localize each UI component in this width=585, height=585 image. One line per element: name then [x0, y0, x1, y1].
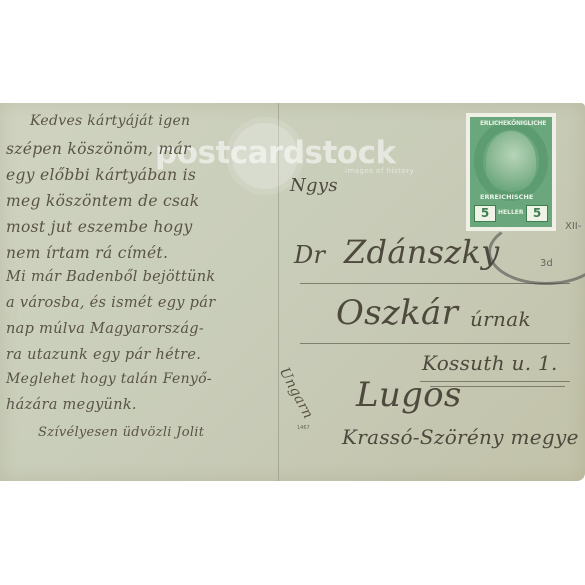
postcard: postcardstock images of history Kedves k…	[0, 103, 585, 481]
message-line: házára megyünk.	[6, 397, 137, 413]
address-title: Dr	[294, 241, 325, 269]
stamp-legend-top: ERLICHEKÖNIGLICHE	[480, 120, 546, 127]
postage-stamp: ERLICHEKÖNIGLICHE ERREICHISCHE 5 HELLER …	[466, 113, 556, 231]
message-line: most jut eszembe hogy	[6, 218, 193, 236]
watermark-subtitle: images of history	[345, 167, 414, 175]
address-city: Lugos	[356, 375, 462, 415]
stamp-value-left: 5	[474, 205, 496, 222]
message-line: ra utazunk egy pár hétre.	[6, 347, 201, 363]
postmark-day: 3d	[540, 258, 553, 269]
print-number: 1467	[297, 425, 310, 431]
address-surname: Zdánszky	[344, 233, 500, 271]
stamp-design: ERLICHEKÖNIGLICHE ERREICHISCHE 5 HELLER …	[470, 117, 552, 227]
stamp-denomination: HELLER	[498, 209, 524, 216]
message-line: Meglehet hogy talán Fenyő-	[6, 371, 212, 387]
postmark-date: XII-	[565, 221, 581, 232]
address-street: Kossuth u. 1.	[422, 351, 558, 375]
message-signoff: Szívélyesen üdvözli Jolit	[38, 425, 204, 440]
message-line: egy előbbi kártyában is	[6, 166, 196, 184]
message-line: nap múlva Magyarország-	[6, 321, 204, 337]
address-given-name: Oszkár	[336, 293, 458, 333]
message-line: Kedves kártyáját igen	[30, 113, 190, 129]
stamp-portrait-icon	[486, 131, 536, 191]
message-line: a városba, és ismét egy pár	[6, 295, 215, 311]
message-line: szépen köszönöm, már	[6, 140, 191, 158]
stamp-legend-bottom: ERREICHISCHE	[480, 193, 533, 201]
address-honorific: úrnak	[470, 307, 531, 331]
message-line: Mi már Badenből bejöttünk	[6, 269, 216, 285]
message-line: nem írtam rá címét.	[6, 244, 168, 262]
margin-note: Ungarn	[276, 365, 316, 422]
message-line: meg köszöntem de csak	[6, 192, 200, 210]
address-ruled-line	[300, 343, 570, 344]
address-county: Krassó-Szörény megye	[342, 425, 579, 449]
address-salutation: Ngys	[290, 175, 338, 196]
